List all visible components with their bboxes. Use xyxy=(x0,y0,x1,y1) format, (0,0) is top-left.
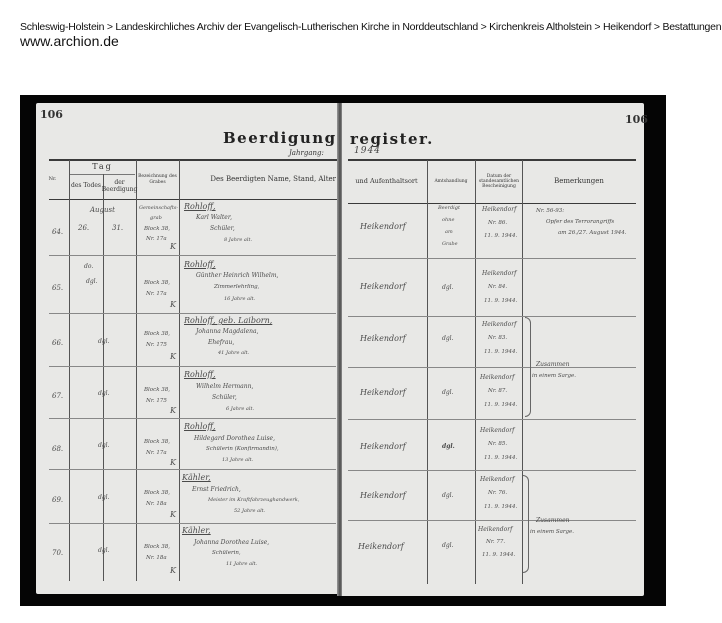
col-line xyxy=(69,160,70,581)
right-page-number: 106 xyxy=(625,113,648,126)
col-header-name: Des Beerdigten Name, Stand, Alter xyxy=(186,160,336,199)
title-left: Beerdigungs- xyxy=(223,129,354,147)
col-line xyxy=(136,160,137,581)
grouping-brace xyxy=(523,475,529,573)
col-header-beerdigung: der Beerdigung xyxy=(103,174,136,199)
col-header-tag: Tag xyxy=(69,160,136,174)
left-page: 106 Beerdigungs- Jahrgang: Nr. Tag des T… xyxy=(36,103,338,594)
row-divider xyxy=(348,520,636,521)
year-label: Jahrgang: xyxy=(289,149,324,157)
col-header-wohnort: und Aufenthaltsort xyxy=(346,160,427,203)
header-bottom-rule xyxy=(348,203,636,204)
row-divider xyxy=(348,367,636,368)
col-header-bemerkungen: Bemerkungen xyxy=(522,160,636,203)
right-page: 106 register. 1944 und Aufenthaltsort Am… xyxy=(342,103,644,596)
grouping-brace xyxy=(525,317,531,417)
row-divider xyxy=(348,258,636,259)
col-header-datum: Datum der standesamtlichen Bescheinigung xyxy=(477,160,521,203)
header-bottom-rule xyxy=(49,199,339,200)
col-header-todes: des Todes xyxy=(69,174,103,199)
col-header-amtshandlung: Amtshandlung xyxy=(427,160,475,203)
col-header-nr: Nr. xyxy=(36,160,69,199)
left-page-number: 106 xyxy=(40,108,63,121)
site-url[interactable]: www.archion.de xyxy=(20,33,119,49)
col-header-grab: Bezeichnung des Grabes xyxy=(136,160,179,199)
row-divider xyxy=(348,419,636,420)
row-divider xyxy=(49,366,336,367)
month-note: August xyxy=(90,207,115,214)
row-divider xyxy=(348,470,636,471)
register-scan-image: 106 Beerdigungs- Jahrgang: Nr. Tag des T… xyxy=(20,95,666,606)
row-divider xyxy=(49,313,336,314)
row-divider xyxy=(49,255,336,256)
col-line xyxy=(179,160,180,581)
breadcrumb: Schleswig-Holstein > Landeskirchliches A… xyxy=(20,21,722,33)
col-line xyxy=(103,174,104,581)
row-divider xyxy=(49,523,336,524)
row-divider xyxy=(49,469,336,470)
row-divider xyxy=(348,316,636,317)
year-value: 1944 xyxy=(354,146,381,156)
row-divider xyxy=(49,418,336,419)
